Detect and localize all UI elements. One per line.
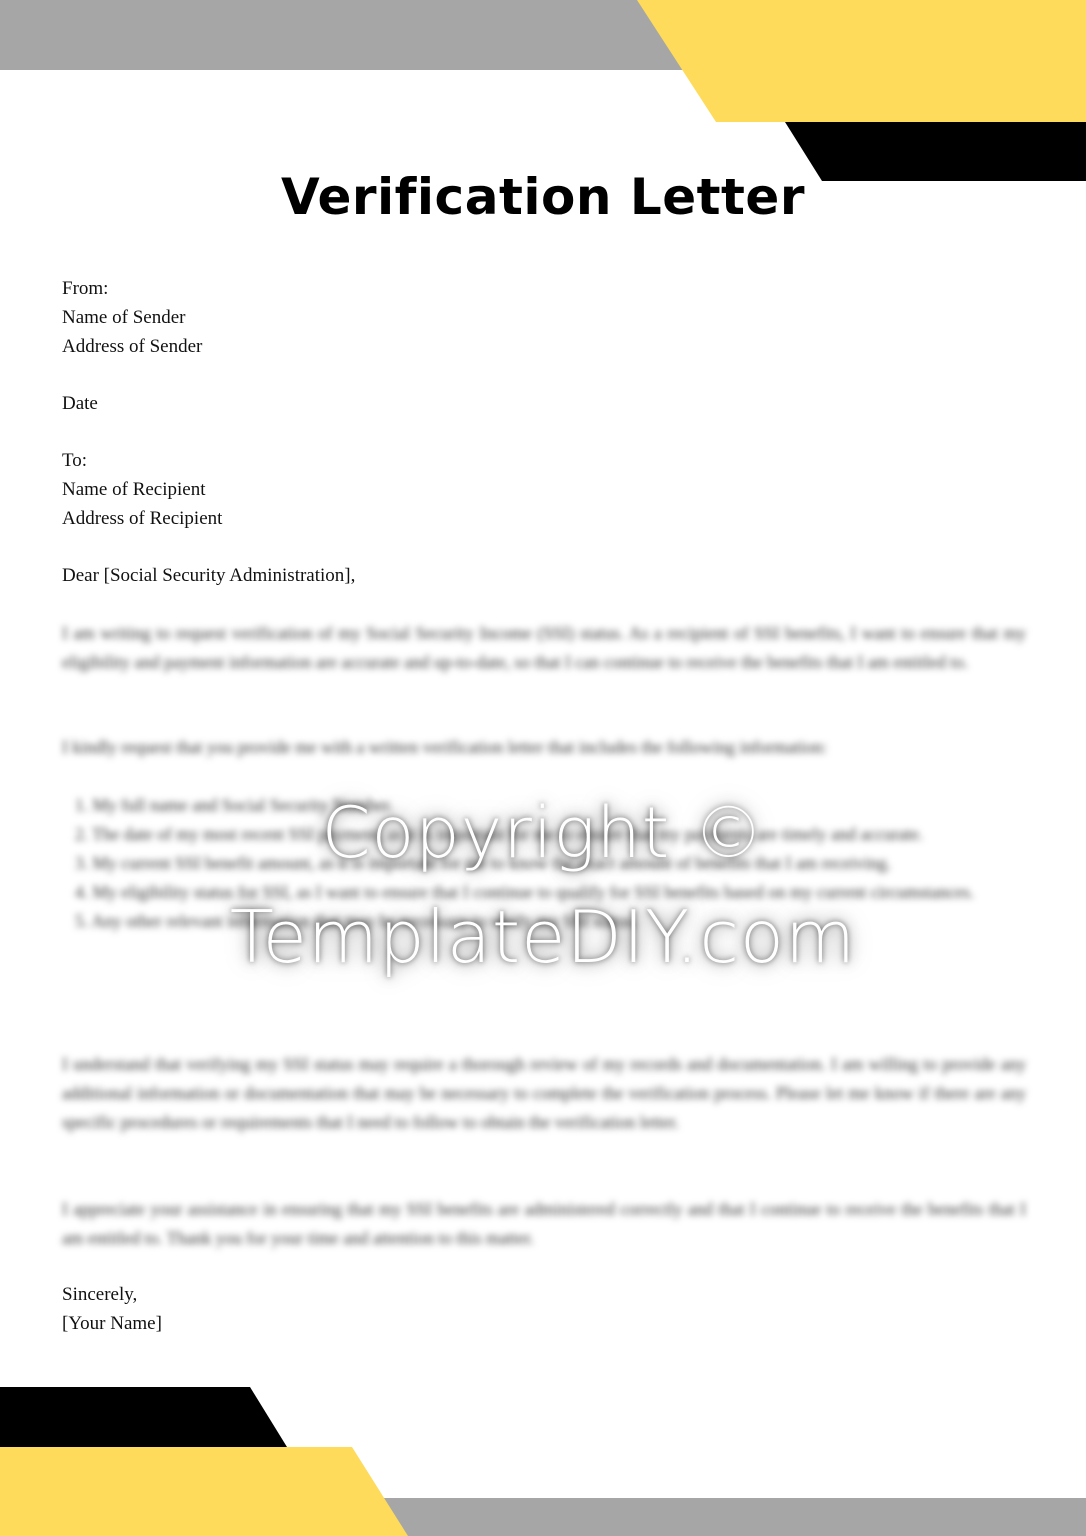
watermark-copyright: Copyright © [0,792,1086,874]
body-paragraph-3: I understand that verifying my SSI statu… [62,1050,1026,1137]
recipient-label: To: [62,446,1026,475]
watermark-site: TemplateDIY.com [0,895,1086,979]
body-paragraph-1: I am writing to request verification of … [62,619,1026,677]
footer-black-band [0,1387,1086,1447]
letter-header: From: Name of Sender Address of Sender D… [62,274,1026,590]
recipient-address: Address of Recipient [62,504,1026,533]
recipient-name: Name of Recipient [62,475,1026,504]
sender-name: Name of Sender [62,303,1026,332]
body-paragraph-2: I kindly request that you provide me wit… [62,733,1026,762]
letter-closing: Sincerely, [Your Name] [62,1280,1026,1338]
sender-address: Address of Sender [62,332,1026,361]
document-title: Verification Letter [0,168,1086,226]
closing: Sincerely, [62,1280,1026,1309]
letter-date: Date [62,389,1026,418]
sender-label: From: [62,274,1026,303]
body-paragraph-4: I appreciate your assistance in ensuring… [62,1195,1026,1253]
salutation: Dear [Social Security Administration], [62,561,1026,590]
signature: [Your Name] [62,1309,1026,1338]
